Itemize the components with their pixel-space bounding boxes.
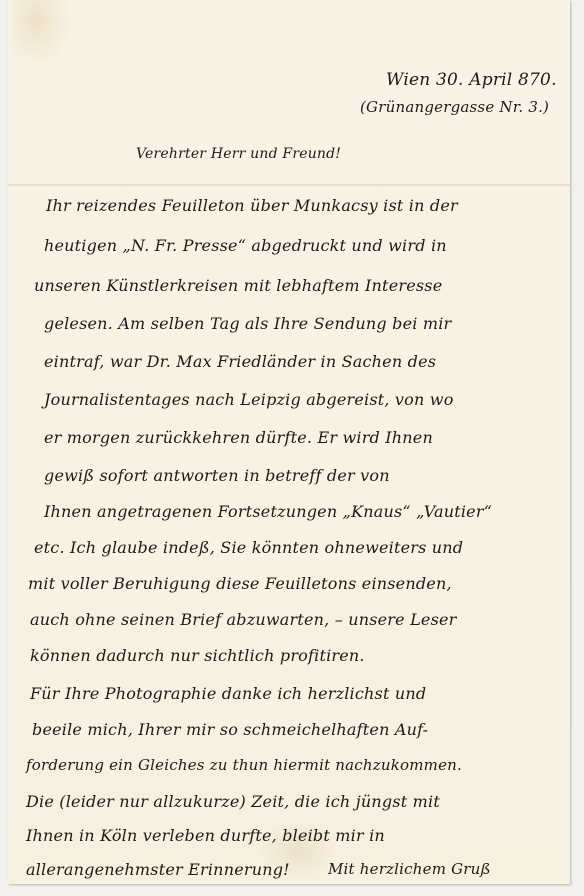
body-line: Journalistentages nach Leipzig abgereist… xyxy=(44,390,454,409)
body-line: forderung ein Gleiches zu thun hiermit n… xyxy=(26,756,462,774)
body-line: unseren Künstlerkreisen mit lebhaftem In… xyxy=(34,276,442,295)
letter-page: Wien 30. April 870. (Grünangergasse Nr. … xyxy=(8,0,570,884)
letter-address: (Grünangergasse Nr. 3.) xyxy=(360,98,549,116)
body-line: gewiß sofort antworten in betreff der vo… xyxy=(44,466,390,485)
body-line: Ihnen angetragenen Fortsetzungen „Knaus“… xyxy=(44,502,492,521)
body-line: auch ohne seinen Brief abzuwarten, – uns… xyxy=(30,610,457,629)
paper-stain xyxy=(12,0,72,70)
letter-date: Wien 30. April 870. xyxy=(386,70,557,90)
body-line: allerangenehmster Erinnerung! xyxy=(26,860,290,879)
body-line: Für Ihre Photographie danke ich herzlich… xyxy=(30,684,426,703)
body-line: Die (leider nur allzukurze) Zeit, die ic… xyxy=(26,792,440,811)
letter-closing: Mit herzlichem Gruß xyxy=(328,860,491,878)
body-line: Ihnen in Köln verleben durfte, bleibt mi… xyxy=(26,826,385,845)
body-line: mit voller Beruhigung diese Feuilletons … xyxy=(28,574,452,593)
body-line: eintraf, war Dr. Max Friedländer in Sach… xyxy=(44,352,436,371)
body-line: etc. Ich glaube indeß, Sie könnten ohnew… xyxy=(34,538,463,557)
body-line: gelesen. Am selben Tag als Ihre Sendung … xyxy=(44,314,451,333)
paper-fold-line xyxy=(8,184,570,186)
body-line: er morgen zurückkehren dürfte. Er wird I… xyxy=(44,428,433,447)
letter-salutation: Verehrter Herr und Freund! xyxy=(136,146,341,162)
body-line: Ihr reizendes Feuilleton über Munkacsy i… xyxy=(46,196,458,215)
body-line: können dadurch nur sichtlich profitiren. xyxy=(30,646,365,665)
body-line: beeile mich, Ihrer mir so schmeichelhaft… xyxy=(32,720,428,739)
body-line: heutigen „N. Fr. Presse“ abgedruckt und … xyxy=(44,236,447,255)
